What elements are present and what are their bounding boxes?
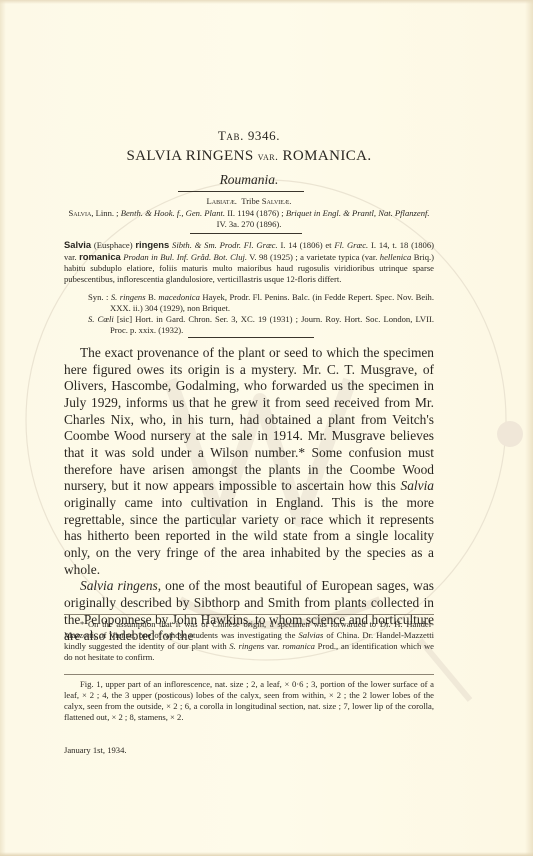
footnote-separator: [64, 614, 434, 615]
synonym-item: S. Cœli [sic] Hort. in Gard. Chron. Ser.…: [64, 314, 434, 336]
synonyms: Syn. : S. ringens B. macedonica Hayek, P…: [64, 292, 434, 336]
document-page: Tab. 9346. SALVIA RINGENS var. ROMANICA.…: [0, 0, 533, 856]
species-description: Salvia (Eusphace) ringens Sibth. & Sm. P…: [64, 239, 434, 285]
figure-caption: Fig. 1, upper part of an inflorescence, …: [64, 679, 434, 723]
publication-date: January 1st, 1934.: [64, 745, 127, 755]
page-edge-top: [0, 0, 533, 4]
paragraph: The exact provenance of the plant or see…: [64, 345, 434, 578]
genus-citation: Salvia, Linn. ; Benth. & Hook. f., Gen. …: [64, 208, 434, 230]
page-title: SALVIA RINGENS var. ROMANICA.: [64, 148, 434, 165]
family-line: Labiatæ. Tribe Salvieæ.: [64, 196, 434, 207]
caption-separator: [64, 674, 434, 675]
page-edge-bottom: [0, 852, 533, 856]
synonym-item: Syn. : S. ringens B. macedonica Hayek, P…: [64, 292, 434, 314]
footnote: * On the assumption that it was of Chine…: [64, 619, 434, 663]
body-text: The exact provenance of the plant or see…: [64, 345, 434, 645]
divider-rule: [188, 337, 314, 338]
divider-rule: [190, 233, 302, 234]
plate-number: Tab. 9346.: [64, 128, 434, 144]
divider-rule: [178, 191, 304, 192]
region-subtitle: Roumania.: [64, 172, 434, 188]
